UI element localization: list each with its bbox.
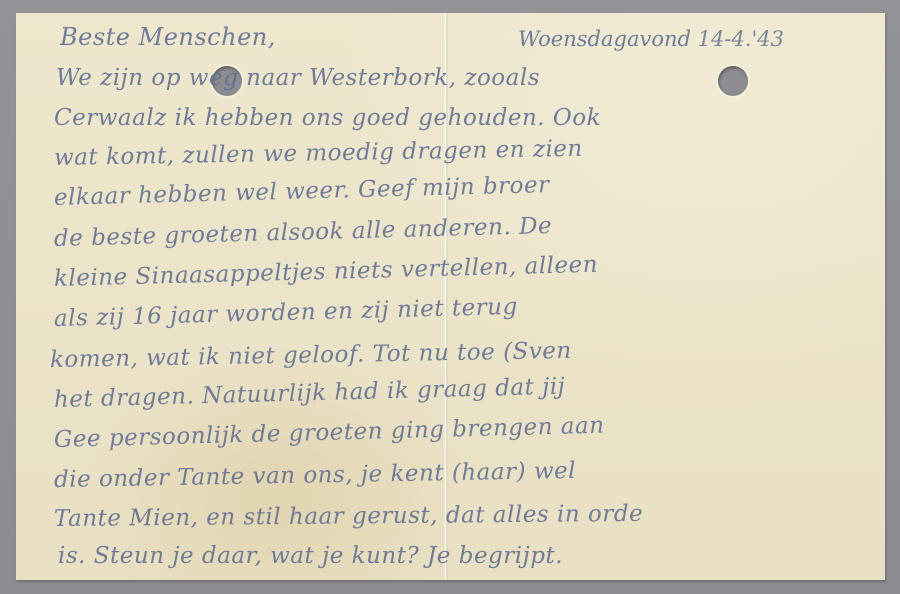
- body-line: is. Steun je daar, wat je kunt? Je begri…: [58, 543, 563, 569]
- body-line: het dragen. Natuurlijk had ik graag dat …: [54, 374, 566, 413]
- body-line: komen, wat ik niet geloof. Tot nu toe (S…: [50, 338, 572, 373]
- body-line: We zijn op weg naar Westerbork, zooals: [56, 65, 540, 91]
- date-value: 14-4.'43: [698, 27, 784, 51]
- body-line: de beste groeten alsook alle anderen. De: [54, 213, 553, 252]
- body-line: elkaar hebben wel weer. Geef mijn broer: [54, 172, 550, 211]
- body-line: als zij 16 jaar worden en zij niet terug: [54, 294, 518, 332]
- body-line: Gee persoonlijk de groeten ging brengen …: [54, 413, 605, 453]
- body-line: Cerwaalz ik hebben ons goed gehouden. Oo…: [54, 105, 601, 131]
- punch-hole-right: [718, 66, 748, 96]
- body-line: kleine Sinaasappeltjes niets vertellen, …: [54, 252, 599, 292]
- body-line: die onder Tante van ons, je kent (haar) …: [54, 458, 576, 493]
- body-line: wat komt, zullen we moedig dragen en zie…: [54, 136, 583, 171]
- postcard: Beste Menschen, Woensdagavond 14-4.'43 W…: [16, 13, 885, 580]
- greeting: Beste Menschen,: [60, 23, 276, 51]
- day-label: Woensdagavond: [518, 27, 691, 51]
- date-line: Woensdagavond 14-4.'43: [518, 27, 784, 51]
- body-line: Tante Mien, en stil haar gerust, dat all…: [54, 501, 643, 532]
